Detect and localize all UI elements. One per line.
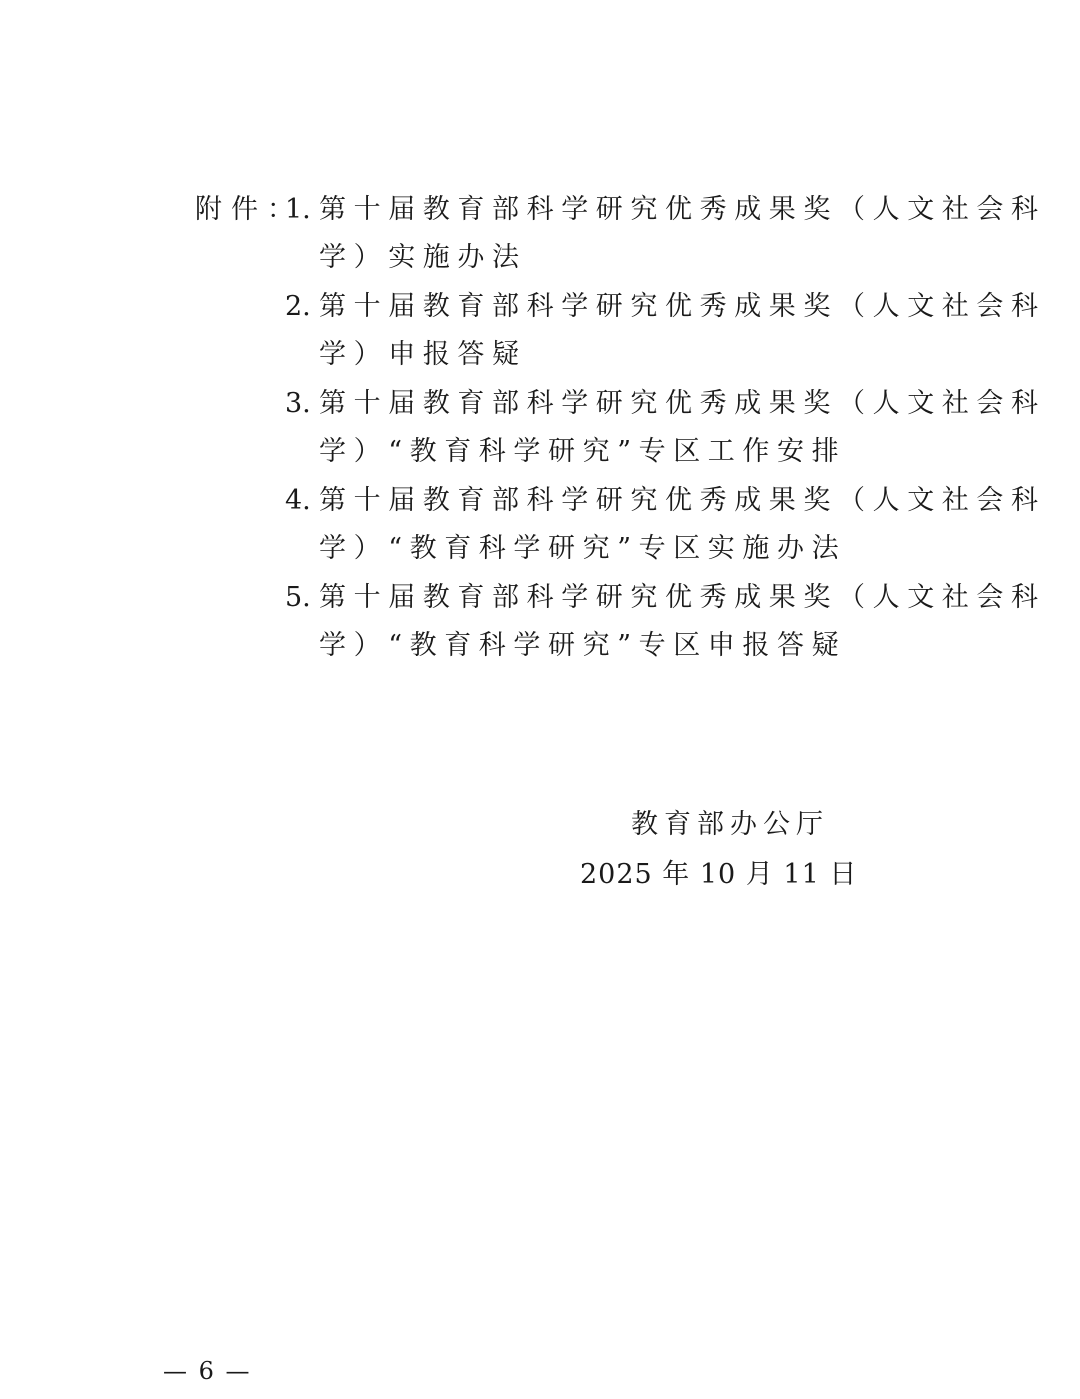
attachment-title-line1: 第十届教育部科学研究优秀成果奖（人文社会科 bbox=[319, 582, 1046, 613]
signature-block: 教育部办公厅 2025 年 10 月 11 日 bbox=[580, 800, 840, 900]
attachment-number: 3. bbox=[285, 380, 319, 428]
issue-date: 2025 年 10 月 11 日 bbox=[580, 850, 840, 900]
attachment-number: 2. bbox=[285, 283, 319, 331]
issuing-organization: 教育部办公厅 bbox=[580, 800, 840, 850]
attachment-title-line2: 学）“教育科学研究”专区申报答疑 bbox=[285, 622, 945, 670]
attachment-number: 1. bbox=[285, 186, 319, 234]
attachment-title-line1: 第十届教育部科学研究优秀成果奖（人文社会科 bbox=[319, 194, 1046, 225]
attachment-title-line2: 学）“教育科学研究”专区实施办法 bbox=[285, 525, 945, 573]
attachment-item-1: 1.第十届教育部科学研究优秀成果奖（人文社会科 学）实施办法 bbox=[285, 186, 945, 282]
attachment-title-line2: 学）申报答疑 bbox=[285, 331, 945, 379]
attachment-title-line2: 学）实施办法 bbox=[285, 234, 945, 282]
attachment-item-2: 2.第十届教育部科学研究优秀成果奖（人文社会科 学）申报答疑 bbox=[285, 283, 945, 379]
attachment-item-4: 4.第十届教育部科学研究优秀成果奖（人文社会科 学）“教育科学研究”专区实施办法 bbox=[285, 477, 945, 573]
document-page: 附件： 1.第十届教育部科学研究优秀成果奖（人文社会科 学）实施办法 2.第十届… bbox=[0, 0, 1080, 1399]
attachment-title-line1: 第十届教育部科学研究优秀成果奖（人文社会科 bbox=[319, 485, 1046, 516]
attachment-number: 4. bbox=[285, 477, 319, 525]
attachment-item-3: 3.第十届教育部科学研究优秀成果奖（人文社会科 学）“教育科学研究”专区工作安排 bbox=[285, 380, 945, 476]
page-number: — 6 — bbox=[163, 1356, 252, 1386]
attachment-title-line2: 学）“教育科学研究”专区工作安排 bbox=[285, 428, 945, 476]
attachment-number: 5. bbox=[285, 574, 319, 622]
attachment-item-5: 5.第十届教育部科学研究优秀成果奖（人文社会科 学）“教育科学研究”专区申报答疑 bbox=[285, 574, 945, 670]
attachment-title-line1: 第十届教育部科学研究优秀成果奖（人文社会科 bbox=[319, 388, 1046, 419]
attachment-title-line1: 第十届教育部科学研究优秀成果奖（人文社会科 bbox=[319, 291, 1046, 322]
